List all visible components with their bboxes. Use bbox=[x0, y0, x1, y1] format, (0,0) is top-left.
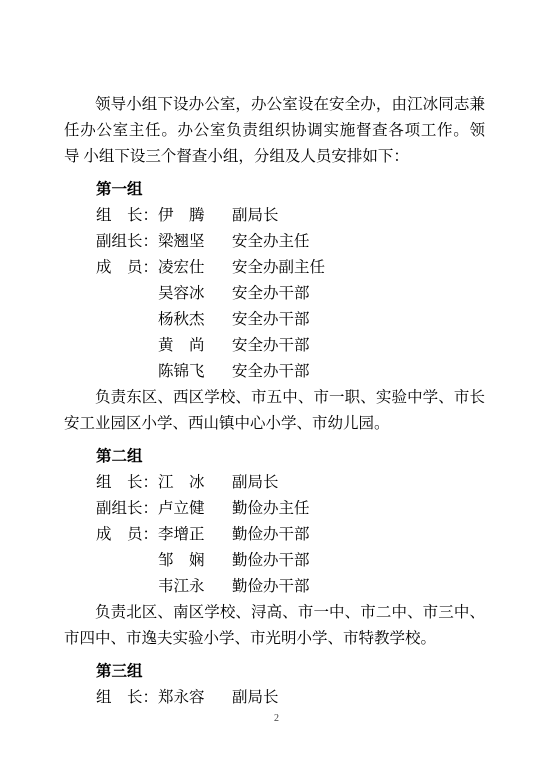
member-label: 组 长： bbox=[96, 203, 158, 229]
member-role: 勤俭办干部 bbox=[232, 574, 485, 600]
member-name: 陈锦飞 bbox=[158, 359, 232, 385]
group-scope-line: 负责北区、南区学校、浔高、市一中、市二中、市三中、 bbox=[64, 600, 485, 626]
page-number: 2 bbox=[0, 712, 553, 726]
member-row: 吴容冰安全办干部 bbox=[64, 281, 485, 307]
member-name: 凌宏仕 bbox=[158, 255, 232, 281]
member-role: 副局长 bbox=[232, 470, 485, 496]
member-label: 组 长： bbox=[96, 470, 158, 496]
member-name: 江 冰 bbox=[158, 470, 232, 496]
member-row: 副组长：梁翘坚安全办主任 bbox=[64, 229, 485, 255]
member-role: 勤俭办干部 bbox=[232, 522, 485, 548]
member-name: 黄 尚 bbox=[158, 333, 232, 359]
group-title: 第三组 bbox=[64, 659, 485, 685]
groups-container: 第一组组 长：伊 腾副局长副组长：梁翘坚安全办主任成 员：凌宏仕安全办副主任吴容… bbox=[64, 177, 485, 711]
group-section: 第三组组 长：郑永容副局长 bbox=[64, 659, 485, 711]
member-role: 副局长 bbox=[232, 203, 485, 229]
member-name: 梁翘坚 bbox=[158, 229, 232, 255]
member-label: 成 员： bbox=[96, 522, 158, 548]
member-label bbox=[96, 548, 158, 574]
member-row: 成 员：凌宏仕安全办副主任 bbox=[64, 255, 485, 281]
member-row: 邹 娴勤俭办干部 bbox=[64, 548, 485, 574]
member-role: 安全办干部 bbox=[232, 281, 485, 307]
member-role: 安全办干部 bbox=[232, 359, 485, 385]
member-row: 组 长：江 冰副局长 bbox=[64, 470, 485, 496]
member-label bbox=[96, 307, 158, 333]
group-section: 第二组组 长：江 冰副局长副组长：卢立健勤俭办主任成 员：李增正勤俭办干部邹 娴… bbox=[64, 444, 485, 652]
member-name: 伊 腾 bbox=[158, 203, 232, 229]
member-role: 安全办干部 bbox=[232, 333, 485, 359]
group-scope-line: 安工业园区小学、西山镇中心小学、市幼儿园。 bbox=[64, 411, 485, 437]
document-content: 领导小组下设办公室，办公室设在安全办，由江冰同志兼任办公室主任。办公室负责组织协… bbox=[64, 92, 485, 711]
group-scope-line: 市四中、市逸夫实验小学、市光明小学、市特教学校。 bbox=[64, 626, 485, 652]
member-name: 韦江永 bbox=[158, 574, 232, 600]
member-label bbox=[96, 574, 158, 600]
member-row: 组 长：伊 腾副局长 bbox=[64, 203, 485, 229]
member-role: 副局长 bbox=[232, 685, 485, 711]
member-row: 杨秋杰安全办干部 bbox=[64, 307, 485, 333]
group-section: 第一组组 长：伊 腾副局长副组长：梁翘坚安全办主任成 员：凌宏仕安全办副主任吴容… bbox=[64, 177, 485, 437]
member-label: 副组长： bbox=[96, 496, 158, 522]
member-role: 安全办干部 bbox=[232, 307, 485, 333]
group-scope-line: 负责东区、西区学校、市五中、市一职、实验中学、市长 bbox=[64, 385, 485, 411]
member-label bbox=[96, 333, 158, 359]
member-row: 组 长：郑永容副局长 bbox=[64, 685, 485, 711]
member-row: 副组长：卢立健勤俭办主任 bbox=[64, 496, 485, 522]
group-title: 第一组 bbox=[64, 177, 485, 203]
member-name: 李增正 bbox=[158, 522, 232, 548]
member-name: 郑永容 bbox=[158, 685, 232, 711]
document-page: 领导小组下设办公室，办公室设在安全办，由江冰同志兼任办公室主任。办公室负责组织协… bbox=[0, 0, 553, 783]
member-label bbox=[96, 281, 158, 307]
member-name: 吴容冰 bbox=[158, 281, 232, 307]
intro-line: 导 小组下设三个督查小组，分组及人员安排如下： bbox=[64, 144, 485, 170]
member-name: 杨秋杰 bbox=[158, 307, 232, 333]
group-title: 第二组 bbox=[64, 444, 485, 470]
member-label bbox=[96, 359, 158, 385]
member-role: 安全办副主任 bbox=[232, 255, 485, 281]
member-row: 陈锦飞安全办干部 bbox=[64, 359, 485, 385]
intro-line: 领导小组下设办公室，办公室设在安全办，由江冰同志兼 bbox=[64, 92, 485, 118]
group-scope-paragraph: 负责北区、南区学校、浔高、市一中、市二中、市三中、市四中、市逸夫实验小学、市光明… bbox=[64, 600, 485, 652]
member-label: 成 员： bbox=[96, 255, 158, 281]
intro-line: 任办公室主任。办公室负责组织协调实施督查各项工作。领 bbox=[64, 118, 485, 144]
member-label: 组 长： bbox=[96, 685, 158, 711]
member-row: 成 员：李增正勤俭办干部 bbox=[64, 522, 485, 548]
member-label: 副组长： bbox=[96, 229, 158, 255]
member-name: 卢立健 bbox=[158, 496, 232, 522]
member-role: 安全办主任 bbox=[232, 229, 485, 255]
member-row: 黄 尚安全办干部 bbox=[64, 333, 485, 359]
member-role: 勤俭办干部 bbox=[232, 548, 485, 574]
intro-paragraph: 领导小组下设办公室，办公室设在安全办，由江冰同志兼任办公室主任。办公室负责组织协… bbox=[64, 92, 485, 170]
member-name: 邹 娴 bbox=[158, 548, 232, 574]
group-scope-paragraph: 负责东区、西区学校、市五中、市一职、实验中学、市长安工业园区小学、西山镇中心小学… bbox=[64, 385, 485, 437]
member-row: 韦江永勤俭办干部 bbox=[64, 574, 485, 600]
member-role: 勤俭办主任 bbox=[232, 496, 485, 522]
